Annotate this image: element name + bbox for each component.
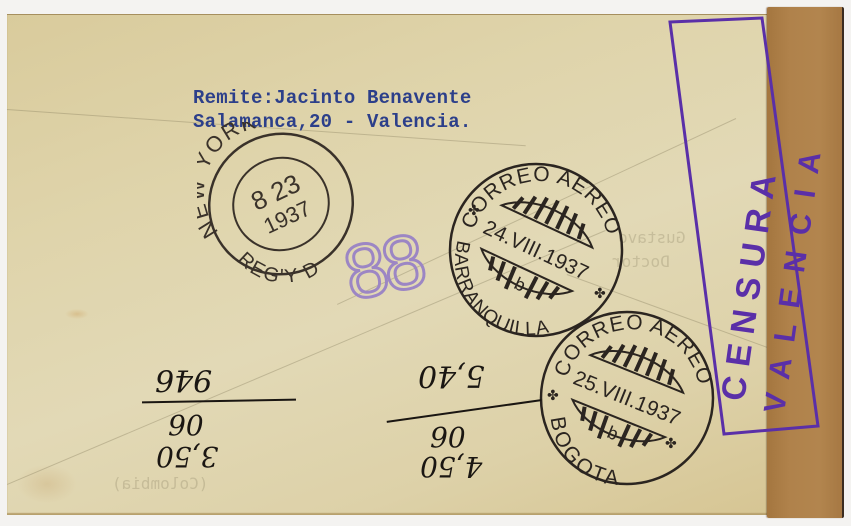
censor-frame-icon: CENSURA VALENCIA — [680, 22, 840, 462]
svg-text:✤: ✤ — [547, 388, 559, 404]
svg-text:CORREO AEREO: CORREO AEREO — [457, 163, 625, 238]
svg-text:REG'Y D: REG'Y D — [233, 248, 324, 282]
postmark-new-york: NEW YORK REG'Y D 8 23 1937 — [197, 122, 357, 282]
handwritten-figure: 06 — [168, 408, 204, 441]
show-through-text: Gustavo — [618, 228, 685, 247]
svg-text:b: b — [511, 273, 529, 295]
handwritten-figure: 06 — [430, 420, 466, 453]
sender-name: Remite:Jacinto Benavente — [193, 86, 471, 110]
censor-mark: CENSURA VALENCIA — [680, 22, 775, 462]
handwritten-figure: 3,50 — [156, 440, 218, 473]
show-through-text: (Colombia) — [112, 474, 208, 493]
svg-text:✤: ✤ — [468, 203, 480, 219]
handwritten-figure: 5,40 — [418, 358, 485, 393]
svg-text:b: b — [604, 422, 621, 444]
svg-text:✤: ✤ — [665, 436, 677, 452]
postmark-ring-icon: NEW YORK REG'Y D 8 23 1937 — [197, 122, 357, 282]
svg-text:✤: ✤ — [594, 286, 606, 302]
handwritten-figure: 946 — [155, 362, 212, 397]
handwritten-figure: 4,50 — [420, 450, 482, 483]
